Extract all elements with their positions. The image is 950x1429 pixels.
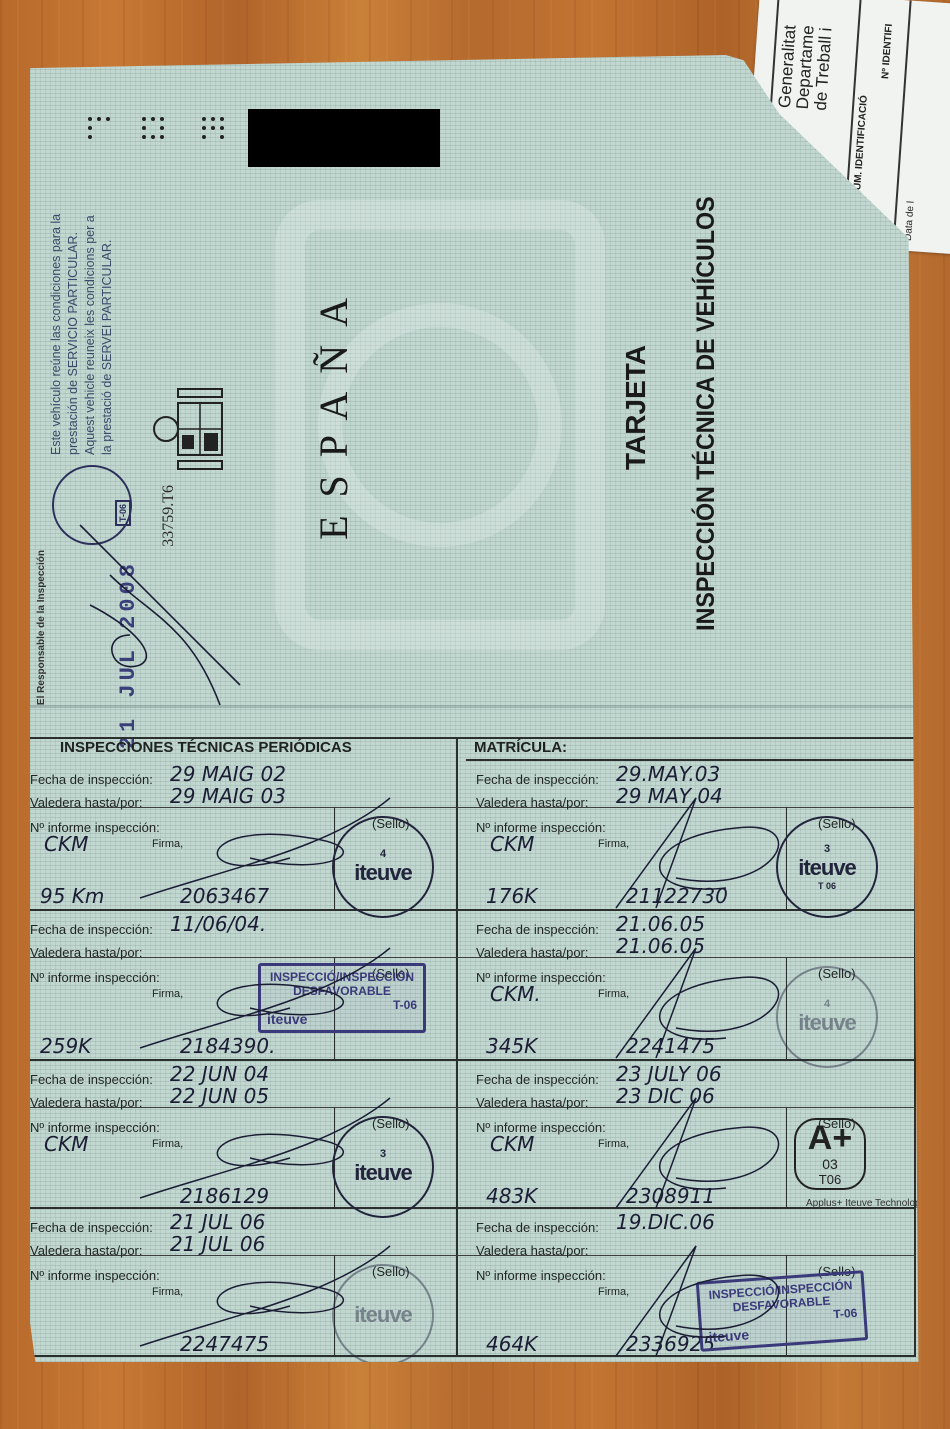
inspection-entry: Fecha de inspección: Valedera hasta/por:…	[30, 918, 460, 1068]
watermark-icon	[230, 175, 650, 675]
fecha-value: 21.06.05	[616, 912, 705, 936]
card-title: TARJETA	[620, 345, 652, 470]
slip-field-id: NÚM. IDENTIFICACIÓ	[852, 87, 871, 197]
conditions-line-2: prestación de SERVICIO PARTICULAR.	[65, 125, 82, 455]
entry-labels: Fecha de inspección: Valedera hasta/por:…	[30, 918, 160, 989]
fecha-label: Fecha de inspección:	[30, 918, 160, 941]
stamp-code: T-06	[115, 500, 131, 526]
stamp-code: T-06	[267, 998, 417, 1012]
valedera-value: 22 JUN 05	[170, 1084, 269, 1108]
firma-label: Firma,	[152, 1286, 183, 1298]
valedera-label: Valedera hasta/por:	[30, 1239, 160, 1262]
entry-labels: Fecha de inspección: Valedera hasta/por:…	[476, 918, 606, 989]
country-title: ESPAÑA	[310, 280, 357, 540]
conditions-line-1: Este vehículo reúne las condiciones para…	[48, 125, 65, 455]
slip-field-date: Data de l	[903, 181, 918, 242]
iteuve-logo: iteuve	[798, 1010, 856, 1036]
km-value: 95 Km	[40, 884, 104, 908]
slip-field-id2: Nº IDENTIFI	[880, 0, 897, 79]
card-subtitle: INSPECCIÓN TÉCNICA DE VEHÍCULOS	[692, 196, 721, 630]
stamp-number: 4	[380, 848, 386, 860]
informe-value: 2308911	[626, 1184, 715, 1208]
valedera-label: Valedera hasta/por:	[30, 941, 160, 964]
code-value: CKM	[490, 1132, 534, 1156]
inspection-entry: Fecha de inspección: Valedera hasta/por:…	[476, 918, 906, 1068]
iteuve-round-stamp: 4iteuve	[776, 966, 878, 1068]
iteuve-round-stamp: iteuve	[332, 1264, 434, 1366]
km-value: 176K	[486, 884, 537, 908]
stamp-text: INSPECCIÓ/INSPECCIÓN DESFAVORABLE	[267, 970, 417, 998]
informe-value: 2063467	[180, 884, 269, 908]
firma-label: Firma,	[598, 1138, 629, 1150]
conditions-line-4: la prestació de SERVEI PARTICULAR.	[99, 125, 116, 455]
firma-label: Firma,	[598, 838, 629, 850]
valedera-value: 21.06.05	[616, 934, 705, 958]
inspection-entry: Fecha de inspección: Valedera hasta/por:…	[30, 1068, 460, 1218]
code-value: CKM.	[490, 982, 541, 1006]
stamp-number: 4	[824, 998, 830, 1010]
fecha-label: Fecha de inspección:	[476, 1216, 606, 1239]
valedera-value: 23 DIC 06	[616, 1084, 715, 1108]
valedera-label: Valedera hasta/por:	[476, 941, 606, 964]
firma-label: Firma,	[598, 1286, 629, 1298]
valedera-value: 21 JUL 06	[170, 1232, 265, 1256]
stamp-number: 3	[824, 843, 830, 855]
entry-labels: Fecha de inspección: Valedera hasta/por:…	[476, 1068, 606, 1139]
iteuve-logo: iteuve	[354, 860, 412, 886]
informe-label: Nº informe inspección:	[476, 1264, 606, 1287]
code-value: CKM	[44, 1132, 88, 1156]
informe-value: 2186129	[180, 1184, 269, 1208]
stamp-code: T 06	[818, 881, 836, 891]
code-value: CKM	[490, 832, 534, 856]
valedera-label: Valedera hasta/por:	[476, 1091, 606, 1114]
iteuve-round-stamp: 4iteuve	[332, 816, 434, 918]
informe-label: Nº informe inspección:	[30, 966, 160, 989]
iteuve-round-stamp: 3iteuveT 06	[776, 816, 878, 918]
responsible-label: El Responsable de la Inspección	[36, 550, 47, 705]
valedera-label: Valedera hasta/por:	[30, 791, 160, 814]
code-value: CKM	[44, 832, 88, 856]
fecha-label: Fecha de inspección:	[476, 1068, 606, 1091]
fecha-value: 19.DIC.06	[616, 1210, 715, 1234]
entry-labels: Fecha de inspección: Valedera hasta/por:…	[476, 1216, 606, 1287]
iteuve-logo: iteuve	[798, 855, 856, 881]
km-value: 345K	[486, 1034, 537, 1058]
card-fold	[30, 705, 922, 708]
inspection-entry: Fecha de inspección: Valedera hasta/por:…	[476, 768, 906, 918]
valedera-label: Valedera hasta/por:	[476, 1239, 606, 1262]
stamp-code: T06	[796, 1172, 864, 1187]
fecha-value: 11/06/04.	[170, 912, 266, 936]
applus-stamp: A+03T06	[794, 1118, 866, 1190]
unfavorable-inspection-stamp: INSPECCIÓ/INSPECCIÓN DESFAVORABLET-06ite…	[696, 1270, 868, 1352]
inspection-entry: Fecha de inspección: Valedera hasta/por:…	[30, 768, 460, 918]
informe-label: Nº informe inspección:	[30, 1264, 160, 1287]
entry-labels: Fecha de inspección: Valedera hasta/por:…	[30, 768, 160, 839]
conditions-text: Este vehículo reúne las condiciones para…	[48, 125, 116, 455]
fecha-value: 29 MAIG 02	[170, 762, 286, 786]
entry-labels: Fecha de inspección: Valedera hasta/por:…	[30, 1216, 160, 1287]
firma-label: Firma,	[152, 1138, 183, 1150]
informe-value: 2247475	[180, 1332, 269, 1356]
serial-number: 33759.T6	[160, 485, 178, 547]
valedera-value: 29 MAY 04	[616, 784, 723, 808]
redacted-box	[248, 109, 440, 167]
inspection-entry: Fecha de inspección: Valedera hasta/por:…	[476, 1068, 906, 1218]
firma-label: Firma,	[152, 838, 183, 850]
section-title-plate: MATRÍCULA:	[474, 739, 567, 756]
perforation-mark-2	[142, 117, 164, 139]
section-title-periodic: INSPECCIONES TÉCNICAS PERIÓDICAS	[60, 739, 352, 756]
fecha-label: Fecha de inspección:	[30, 1216, 160, 1239]
km-value: 483K	[486, 1184, 537, 1208]
informe-value: 2184390.	[180, 1034, 275, 1058]
fecha-label: Fecha de inspección:	[476, 768, 606, 791]
fecha-label: Fecha de inspección:	[30, 1068, 160, 1091]
iteuve-logo: iteuve	[354, 1160, 412, 1186]
firma-label: Firma,	[152, 988, 183, 1000]
valedera-value: 29 MAIG 03	[170, 784, 286, 808]
inspection-entry: Fecha de inspección: Valedera hasta/por:…	[476, 1216, 906, 1366]
iteuve-logo: iteuve	[354, 1302, 412, 1328]
fecha-label: Fecha de inspección:	[30, 768, 160, 791]
km-value: 464K	[486, 1332, 537, 1356]
fecha-label: Fecha de inspección:	[476, 918, 606, 941]
plate-underline	[466, 759, 916, 761]
stamp-number: 3	[380, 1148, 386, 1160]
validation-date-stamp: 21 JUL 2008	[116, 560, 141, 749]
coat-of-arms-icon	[148, 383, 240, 475]
unfavorable-inspection-stamp: INSPECCIÓ/INSPECCIÓN DESFAVORABLET-06ite…	[258, 963, 426, 1033]
stamp-number: 03	[796, 1156, 864, 1172]
firma-label: Firma,	[598, 988, 629, 1000]
inspection-entry: Fecha de inspección: Valedera hasta/por:…	[30, 1216, 460, 1366]
applus-logo: A+	[796, 1120, 864, 1156]
valedera-label: Valedera hasta/por:	[476, 791, 606, 814]
fecha-value: 21 JUL 06	[170, 1210, 265, 1234]
informe-value: 2241475	[626, 1034, 715, 1058]
entry-labels: Fecha de inspección: Valedera hasta/por:…	[30, 1068, 160, 1139]
valedera-label: Valedera hasta/por:	[30, 1091, 160, 1114]
entry-labels: Fecha de inspección: Valedera hasta/por:…	[476, 768, 606, 839]
fecha-value: 23 JULY 06	[616, 1062, 722, 1086]
fecha-value: 22 JUN 04	[170, 1062, 269, 1086]
informe-value: 21122730	[626, 884, 728, 908]
iteuve-logo: iteuve	[267, 1012, 417, 1026]
fecha-value: 29.MAY.03	[616, 762, 720, 786]
perforation-mark-3	[202, 117, 224, 139]
vehicle-inspection-card: Este vehículo reúne las condiciones para…	[30, 55, 922, 1362]
iteuve-round-stamp: 3iteuve	[332, 1116, 434, 1218]
conditions-line-3: Aquest vehicle reuneix les condicions pe…	[82, 125, 99, 455]
km-value: 259K	[40, 1034, 91, 1058]
